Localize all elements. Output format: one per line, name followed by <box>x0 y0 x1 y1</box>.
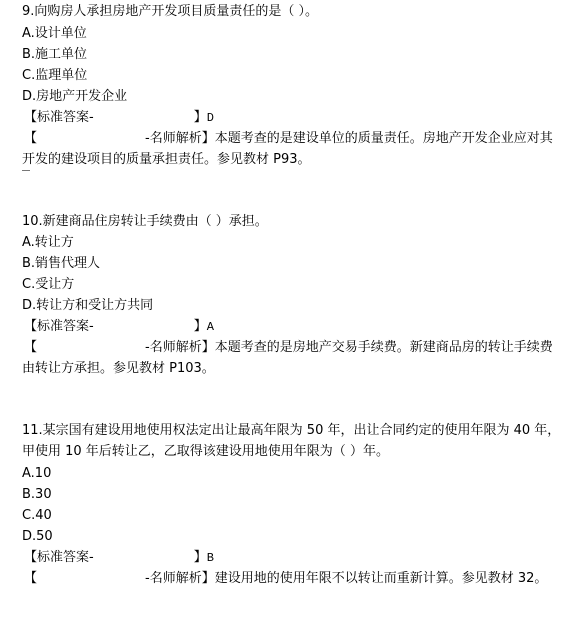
analysis-open: 【 <box>24 340 37 355</box>
answer-close: 】 <box>194 319 207 334</box>
question-10-option-b: B.销售代理人 <box>22 254 100 274</box>
question-9-option-c: C.监理单位 <box>22 66 87 86</box>
question-9-answer: 【标准答案-】D <box>24 108 214 128</box>
analysis-text: 本题考查的是建设单位的质量责任。房地产开发企业应对其 <box>215 131 553 146</box>
question-9-analysis-cont: 开发的建设项目的质量承担责任。参见教材 P93。 <box>22 150 311 170</box>
divider-mark <box>22 170 30 171</box>
question-10-option-c: C.受让方 <box>22 275 74 295</box>
question-11-answer: 【标准答案-】B <box>24 548 214 568</box>
answer-close: 】 <box>194 110 207 125</box>
analysis-label: -名师解析】 <box>145 131 215 146</box>
analysis-label: -名师解析】 <box>145 571 215 586</box>
question-10-option-d: D.转让方和受让方共同 <box>22 296 153 316</box>
question-11-option-b: B.30 <box>22 485 52 505</box>
analysis-open: 【 <box>24 131 37 146</box>
answer-close: 】 <box>194 550 207 565</box>
question-9-analysis: 【-名师解析】本题考查的是建设单位的质量责任。房地产开发企业应对其 <box>24 129 553 149</box>
answer-value: A <box>207 320 214 334</box>
analysis-open: 【 <box>24 571 37 586</box>
question-11-stem-line-2: 甲使用 10 年后转让乙，乙取得该建设用地使用年限为（ ）年。 <box>22 442 389 462</box>
question-10-analysis: 【-名师解析】本题考查的是房地产交易手续费。新建商品房的转让手续费 <box>24 338 553 358</box>
answer-label: 【标准答案- <box>24 110 94 125</box>
question-11-option-a: A.10 <box>22 464 51 484</box>
question-10-analysis-cont: 由转让方承担。参见教材 P103。 <box>22 359 215 379</box>
question-9-option-a: A.设计单位 <box>22 24 87 44</box>
question-9-option-b: B.施工单位 <box>22 45 87 65</box>
question-11-stem-line-1: 11.某宗国有建设用地使用权法定出让最高年限为 50 年，出让合同约定的使用年限… <box>22 421 560 441</box>
question-9-option-d: D.房地产开发企业 <box>22 87 127 107</box>
answer-value: D <box>207 111 214 125</box>
question-11-option-c: C.40 <box>22 506 52 526</box>
answer-label: 【标准答案- <box>24 550 94 565</box>
question-11-analysis: 【-名师解析】建设用地的使用年限不以转让而重新计算。参见教材 32。 <box>24 569 547 589</box>
question-10-option-a: A.转让方 <box>22 233 74 253</box>
analysis-text: 建设用地的使用年限不以转让而重新计算。参见教材 32。 <box>215 571 548 586</box>
answer-label: 【标准答案- <box>24 319 94 334</box>
analysis-text: 本题考查的是房地产交易手续费。新建商品房的转让手续费 <box>215 340 553 355</box>
answer-value: B <box>207 551 214 565</box>
question-10-stem: 10.新建商品住房转让手续费由（ ）承担。 <box>22 212 268 232</box>
question-9-stem: 9.向购房人承担房地产开发项目质量责任的是（ ）。 <box>22 2 318 22</box>
question-10-answer: 【标准答案-】A <box>24 317 214 337</box>
analysis-label: -名师解析】 <box>145 340 215 355</box>
question-11-option-d: D.50 <box>22 527 53 547</box>
